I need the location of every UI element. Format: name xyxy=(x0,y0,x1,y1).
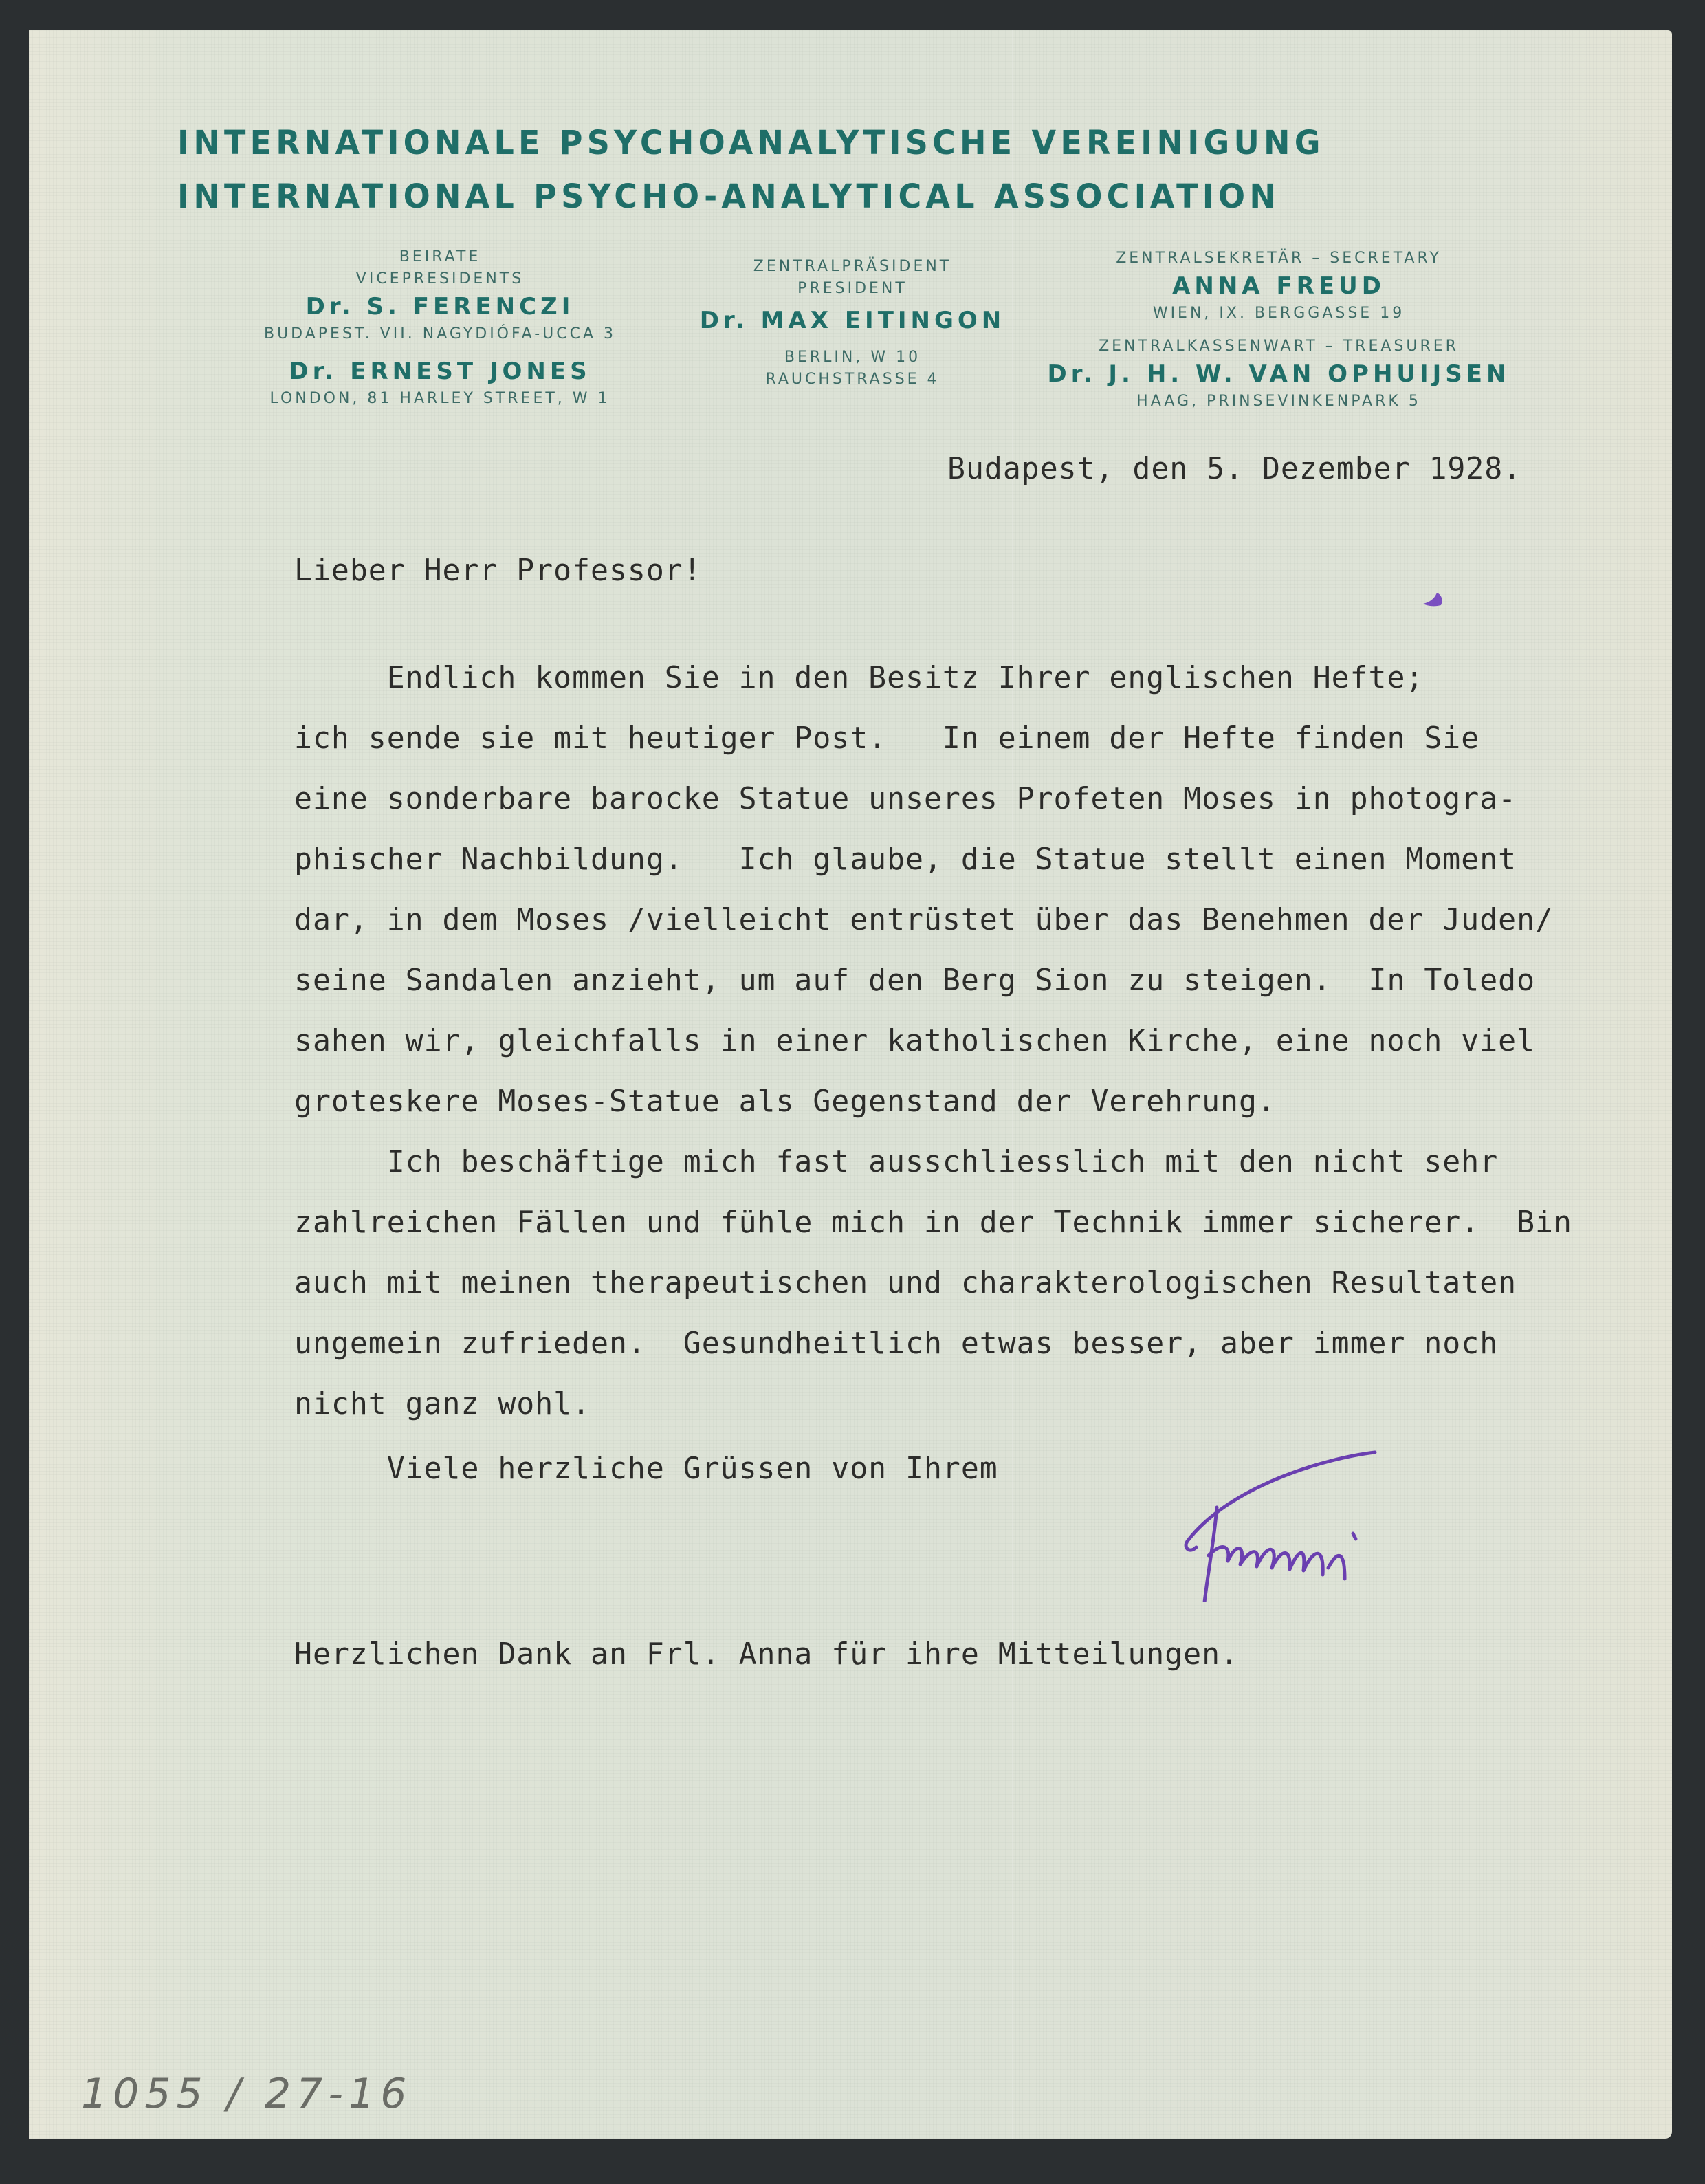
person-name-ferenczi: Dr. S. FERENCZI xyxy=(227,290,653,323)
role-label-secretary: ZENTRALSEKRETÄR – SECRETARY xyxy=(1031,248,1526,270)
address-line-1: BERLIN, W 10 xyxy=(660,347,1045,369)
person-name-jones: Dr. ERNEST JONES xyxy=(227,355,653,388)
person-name-anna-freud: ANNA FREUD xyxy=(1031,270,1526,303)
role-label-de: ZENTRALPRÄSIDENT xyxy=(660,256,1045,278)
body-line: dar, in dem Moses /vielleicht entrüstet … xyxy=(294,902,1554,937)
address-ferenczi: BUDAPEST. VII. NAGYDIÓFA-UCCA 3 xyxy=(227,323,653,345)
body-line: Ich beschäftige mich fast ausschliesslic… xyxy=(294,1144,1498,1179)
address-jones: LONDON, 81 HARLEY STREET, W 1 xyxy=(227,388,653,410)
person-name-van-ophuijsen: Dr. J. H. W. VAN OPHUIJSEN xyxy=(1031,358,1526,391)
body-line: ungemein zufrieden. Gesundheitlich etwas… xyxy=(294,1326,1498,1361)
postscript: Herzlichen Dank an Frl. Anna für ihre Mi… xyxy=(294,1637,1239,1672)
address-van-ophuijsen: HAAG, PRINSEVINKENPARK 5 xyxy=(1031,391,1526,413)
address-line-2: RAUCHSTRASSE 4 xyxy=(660,369,1045,391)
body-line: auch mit meinen therapeutischen und char… xyxy=(294,1265,1517,1300)
role-label-de: BEIRATE xyxy=(227,246,653,268)
dateline: Budapest, den 5. Dezember 1928. xyxy=(947,451,1521,486)
signature-ferenczi xyxy=(1169,1444,1457,1602)
body-line: ich sende sie mit heutiger Post. In eine… xyxy=(294,721,1479,756)
body-line: Endlich kommen Sie in den Besitz Ihrer e… xyxy=(294,660,1424,695)
role-label-en: PRESIDENT xyxy=(660,278,1045,300)
salutation: Lieber Herr Professor! xyxy=(294,553,702,588)
body-line: groteskere Moses-Statue als Gegenstand d… xyxy=(294,1084,1276,1119)
body-line: eine sonderbare barocke Statue unseres P… xyxy=(294,781,1517,816)
body-line: seine Sandalen anzieht, um auf den Berg … xyxy=(294,963,1535,998)
address-anna-freud: WIEN, IX. BERGGASSE 19 xyxy=(1031,303,1526,325)
body-line: sahen wir, gleichfalls in einer katholis… xyxy=(294,1023,1535,1058)
letterhead-vicepresidents: BEIRATE VICEPRESIDENTS Dr. S. FERENCZI B… xyxy=(227,246,653,410)
role-label-en: VICEPRESIDENTS xyxy=(227,268,653,290)
letterhead-title-english: INTERNATIONAL PSYCHO-ANALYTICAL ASSOCIAT… xyxy=(177,177,1504,216)
person-name-eitingon: Dr. MAX EITINGON xyxy=(660,304,1045,337)
closing: Viele herzliche Grüssen von Ihrem xyxy=(294,1451,998,1486)
letterhead-title-german: INTERNATIONALE PSYCHOANALYTISCHE VEREINI… xyxy=(177,123,1504,162)
letterhead-secretary-treasurer: ZENTRALSEKRETÄR – SECRETARY ANNA FREUD W… xyxy=(1031,248,1526,413)
body-line: zahlreichen Fällen und fühle mich in der… xyxy=(294,1205,1572,1240)
body-line: phischer Nachbildung. Ich glaube, die St… xyxy=(294,842,1517,877)
ink-stain xyxy=(1420,590,1444,608)
body-line: nicht ganz wohl. xyxy=(294,1386,591,1421)
letterhead-president: ZENTRALPRÄSIDENT PRESIDENT Dr. MAX EITIN… xyxy=(660,256,1045,391)
archive-mark: 1055 / 27-16 xyxy=(81,2070,412,2118)
role-label-treasurer: ZENTRALKASSENWART – TREASURER xyxy=(1031,336,1526,358)
